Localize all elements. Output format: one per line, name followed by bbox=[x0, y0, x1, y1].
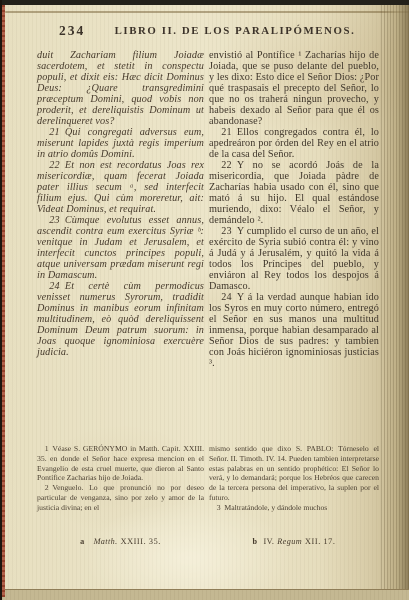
reference-prefix: IV. bbox=[263, 537, 274, 546]
page-header: 234 LIBRO II. DE LOS PARALIPÓMENOS. bbox=[37, 23, 379, 39]
latin-column: duit Zachariam filium Joiadæ sacerdotem,… bbox=[37, 50, 204, 358]
spanish-verse-paragraph: envistió al Pontífice ¹ Zacharías hijo d… bbox=[209, 50, 379, 127]
footnotes-left-column: 1 Véase S. GERÓNYMO in Matth. Capit. XXI… bbox=[37, 444, 204, 513]
spanish-column: envistió al Pontífice ¹ Zacharías hijo d… bbox=[209, 50, 379, 369]
spanish-verse-paragraph: 23 Y cumplido el curso de un año, el exé… bbox=[209, 226, 379, 292]
book-scan: 234 LIBRO II. DE LOS PARALIPÓMENOS. duit… bbox=[0, 0, 409, 600]
latin-verse-paragraph: duit Zachariam filium Joiadæ sacerdotem,… bbox=[37, 50, 204, 127]
spanish-verse-paragraph: 21 Ellos congregados contra él, lo apedr… bbox=[209, 127, 379, 160]
reference-book: Matth. bbox=[94, 537, 118, 546]
reference-marker: b bbox=[252, 537, 257, 546]
footnote-paragraph: 1 Véase S. GERÓNYMO in Matth. Capit. XXI… bbox=[37, 444, 204, 483]
book-spine-edge-red bbox=[2, 5, 5, 597]
reference-book: Regum bbox=[277, 537, 302, 546]
book-fore-edge-pages bbox=[381, 5, 409, 591]
scripture-reference-left: aMatth.XXIII. 35. bbox=[37, 537, 204, 546]
page-top-edge-line bbox=[5, 11, 409, 13]
book-bottom-edge-pages bbox=[2, 589, 409, 600]
spanish-verse-paragraph: 24 Y á la verdad aunque habian ido los S… bbox=[209, 292, 379, 369]
reference-locator: XXIII. 35. bbox=[121, 537, 161, 546]
page-number: 234 bbox=[59, 23, 85, 39]
latin-verse-paragraph: 21 Qui congregati adversus eum, miserunt… bbox=[37, 127, 204, 160]
latin-verse-paragraph: 23 Cùmque evolutus esset annus, ascendit… bbox=[37, 215, 204, 281]
scripture-reference-right: bIV.RegumXII. 17. bbox=[209, 537, 379, 546]
latin-verse-paragraph: 24 Et certè cùm permodicus venisset nume… bbox=[37, 281, 204, 358]
reference-locator: XII. 17. bbox=[305, 537, 336, 546]
latin-verse-paragraph: 22 Et non est recordatus Joas rex miseri… bbox=[37, 160, 204, 215]
footnote-paragraph: 2 Venguelo. Lo que pronunció no por dese… bbox=[37, 483, 204, 512]
footnote-paragraph: mismo sentido que dixo S. PABLO: Tórnese… bbox=[209, 444, 379, 503]
running-title: LIBRO II. DE LOS PARALIPÓMENOS. bbox=[99, 25, 371, 37]
footnote-paragraph: 3 Maltratándole, y dándole muchos bbox=[209, 503, 379, 513]
spanish-verse-paragraph: 22 Y no se acordó Joás de la misericordi… bbox=[209, 160, 379, 226]
footnotes-right-column: mismo sentido que dixo S. PABLO: Tórnese… bbox=[209, 444, 379, 513]
scan-top-border bbox=[0, 0, 409, 5]
reference-marker: a bbox=[80, 537, 85, 546]
